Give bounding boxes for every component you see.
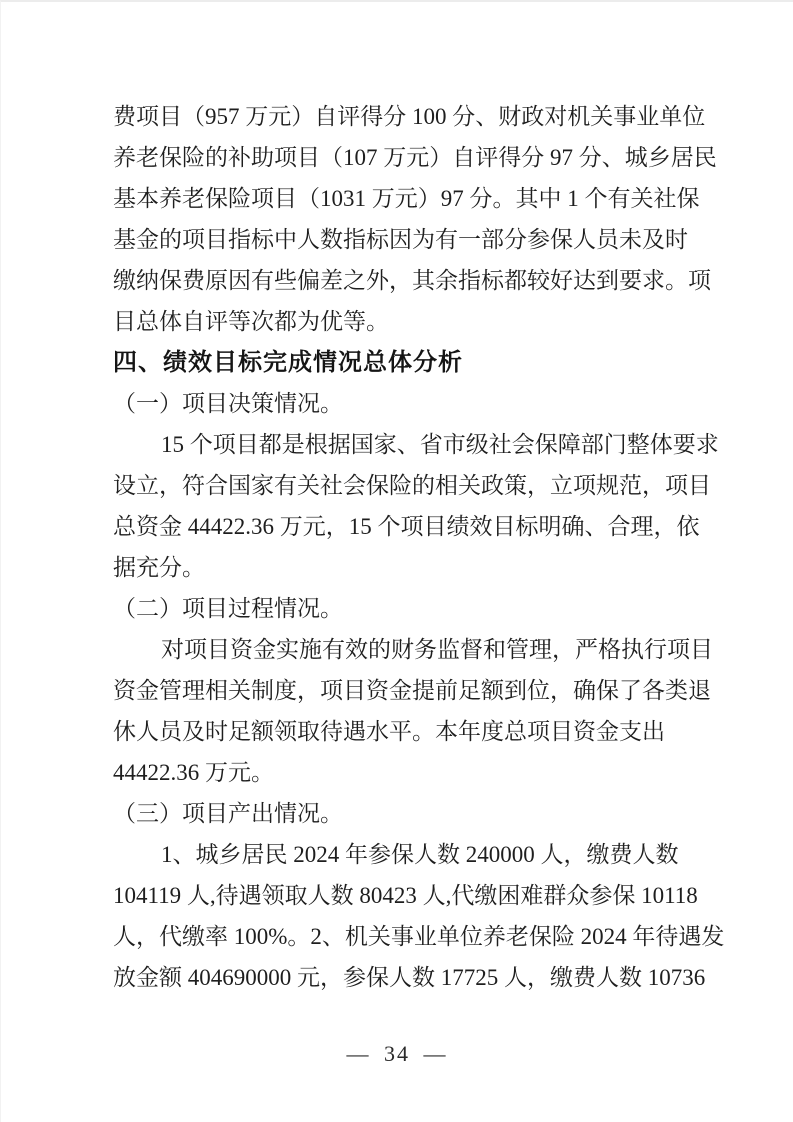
body-line: 基金的项目指标中人数指标因为有一部分参保人员未及时	[113, 219, 687, 260]
subsection-heading: （二）项目过程情况。	[113, 588, 687, 629]
body-line: 放金额 404690000 元，参保人数 17725 人，缴费人数 10736	[113, 957, 687, 998]
body-line: 人，代缴率 100%。2、机关事业单位养老保险 2024 年待遇发	[113, 916, 687, 957]
body-line: 休人员及时足额领取待遇水平。本年度总项目资金支出	[113, 711, 687, 752]
body-line: 资金管理相关制度，项目资金提前足额到位，确保了各类退	[113, 670, 687, 711]
page-footer: — 34 —	[1, 1034, 793, 1074]
body-line: 据充分。	[113, 547, 687, 588]
document-body: 费项目（957 万元）自评得分 100 分、财政对机关事业单位养老保险的补助项目…	[113, 96, 687, 998]
subsection-heading: （一）项目决策情况。	[113, 383, 687, 424]
subsection-heading: （三）项目产出情况。	[113, 793, 687, 834]
section-heading: 四、绩效目标完成情况总体分析	[113, 342, 687, 383]
page-number: — 34 —	[347, 1041, 448, 1066]
body-line: 费项目（957 万元）自评得分 100 分、财政对机关事业单位	[113, 96, 687, 137]
body-line: 104119 人,待遇领取人数 80423 人,代缴困难群众参保 10118	[113, 875, 687, 916]
body-line: 目总体自评等次都为优等。	[113, 301, 687, 342]
body-line: 1、城乡居民 2024 年参保人数 240000 人，缴费人数	[113, 834, 687, 875]
body-line: 养老保险的补助项目（107 万元）自评得分 97 分、城乡居民	[113, 137, 687, 178]
body-line: 基本养老保险项目（1031 万元）97 分。其中 1 个有关社保	[113, 178, 687, 219]
body-line: 44422.36 万元。	[113, 752, 687, 793]
body-line: 缴纳保费原因有些偏差之外，其余指标都较好达到要求。项	[113, 260, 687, 301]
body-line: 15 个项目都是根据国家、省市级社会保障部门整体要求	[113, 424, 687, 465]
document-page: 费项目（957 万元）自评得分 100 分、财政对机关事业单位养老保险的补助项目…	[0, 0, 793, 1122]
body-line: 对项目资金实施有效的财务监督和管理，严格执行项目	[113, 629, 687, 670]
body-line: 总资金 44422.36 万元，15 个项目绩效目标明确、合理，依	[113, 506, 687, 547]
body-line: 设立，符合国家有关社会保险的相关政策，立项规范，项目	[113, 465, 687, 506]
